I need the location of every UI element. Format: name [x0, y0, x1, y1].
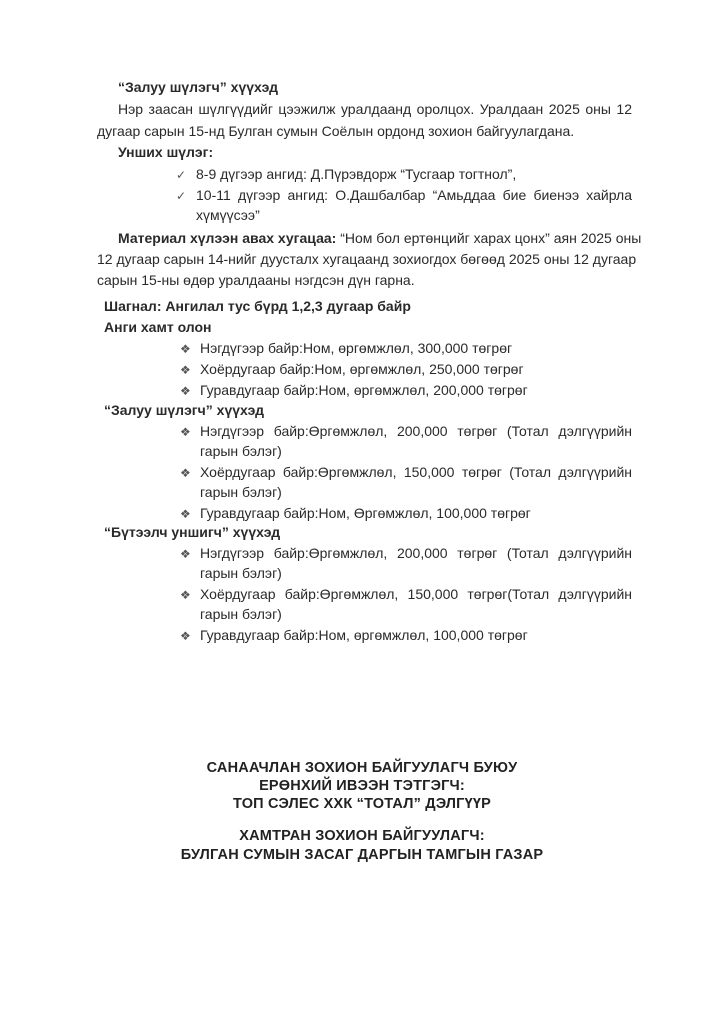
- diamond-bullet-icon: ❖: [180, 422, 200, 442]
- diamond-bullet-icon: ❖: [180, 626, 200, 646]
- paragraph-line: Нэр заасан шүлгүүдийг цээжилж уралдаанд …: [118, 99, 632, 119]
- diamond-bullet-icon: ❖: [180, 585, 200, 605]
- prize-item: ❖Хоёрдугаар байр:Ном, өргөмжлөл, 250,000…: [180, 359, 524, 380]
- prize-item: ❖Нэгдүгээр байр:Ном, өргөмжлөл, 300,000 …: [180, 338, 512, 359]
- paragraph-line: дугаар сарын 15-нд Булган сумын Соёлын о…: [97, 121, 574, 141]
- diamond-bullet-icon: ❖: [180, 381, 200, 401]
- diamond-bullet-icon: ❖: [180, 339, 200, 359]
- prize-item: ❖Нэгдүгээр байр:Өргөмжлөл, 200,000 төгрө…: [180, 421, 632, 442]
- material-line: сарын 15-ны өдөр уралдааны нэгдсэн дүн г…: [97, 270, 415, 290]
- prize-item-continuation: гарын бэлэг): [200, 604, 282, 624]
- organizer-line: ЕРӨНХИЙ ИВЭЭН ТЭТГЭГЧ:: [0, 776, 724, 796]
- section-heading-young-poet: “Залуу шүлэгч” хүүхэд: [118, 77, 278, 97]
- checkmark-icon: ✓: [176, 165, 196, 185]
- diamond-bullet-icon: ❖: [180, 504, 200, 524]
- material-line: 12 дугаар сарын 14-нийг дуусталх хугацаа…: [97, 249, 632, 269]
- reading-label: Унших шүлэг:: [118, 142, 213, 162]
- prize-item-continuation: гарын бэлэг): [200, 482, 282, 502]
- list-item: ✓10-11 дүгээр ангид: О.Дашбалбар “Амьдда…: [176, 185, 632, 206]
- prize-item: ❖Нэгдүгээр байр:Өргөмжлөл, 200,000 төгрө…: [180, 543, 632, 564]
- category-heading: “Бүтээлч уншигч” хүүхэд: [104, 522, 280, 542]
- prizes-title: Шагнал: Ангилал тус бүрд 1,2,3 дугаар ба…: [104, 296, 411, 316]
- diamond-bullet-icon: ❖: [180, 463, 200, 483]
- co-organizer-line: ХАМТРАН ЗОХИОН БАЙГУУЛАГЧ:: [0, 826, 724, 846]
- organizer-line: ТОП СЭЛЕС ХХК “ТОТАЛ” ДЭЛГҮҮР: [0, 794, 724, 814]
- prize-item: ❖Гуравдугаар байр:Ном, өргөмжлөл, 200,00…: [180, 380, 528, 401]
- organizer-line: САНААЧЛАН ЗОХИОН БАЙГУУЛАГЧ БУЮУ: [0, 758, 724, 778]
- document-page: “Залуу шүлэгч” хүүхэд Нэр заасан шүлгүүд…: [0, 0, 724, 1024]
- diamond-bullet-icon: ❖: [180, 360, 200, 380]
- prize-item: ❖Гуравдугаар байр:Ном, Өргөмжлөл, 100,00…: [180, 503, 531, 524]
- prize-item: ❖Хоёрдугаар байр:Өргөмжлөл, 150,000 төгр…: [180, 584, 632, 605]
- list-item: ✓8-9 дүгээр ангид: Д.Пүрэвдорж “Тусгаар …: [176, 164, 516, 185]
- prize-item-continuation: гарын бэлэг): [200, 563, 282, 583]
- prize-item: ❖Хоёрдугаар байр:Өргөмжлөл, 150,000 төгр…: [180, 462, 632, 483]
- material-label: Материал хүлээн авах хугацаа:: [118, 230, 336, 246]
- co-organizer-line: БУЛГАН СУМЫН ЗАСАГ ДАРГЫН ТАМГЫН ГАЗАР: [0, 845, 724, 865]
- diamond-bullet-icon: ❖: [180, 544, 200, 564]
- category-heading: “Залуу шүлэгч” хүүхэд: [104, 400, 264, 420]
- category-heading: Анги хамт олон: [104, 317, 212, 337]
- prize-item: ❖Гуравдугаар байр:Ном, өргөмжлөл, 100,00…: [180, 625, 528, 646]
- list-item-continuation: хүмүүсээ”: [196, 205, 260, 225]
- material-line: Материал хүлээн авах хугацаа: “Ном бол е…: [118, 228, 632, 248]
- prize-item-continuation: гарын бэлэг): [200, 441, 282, 461]
- checkmark-icon: ✓: [176, 186, 196, 206]
